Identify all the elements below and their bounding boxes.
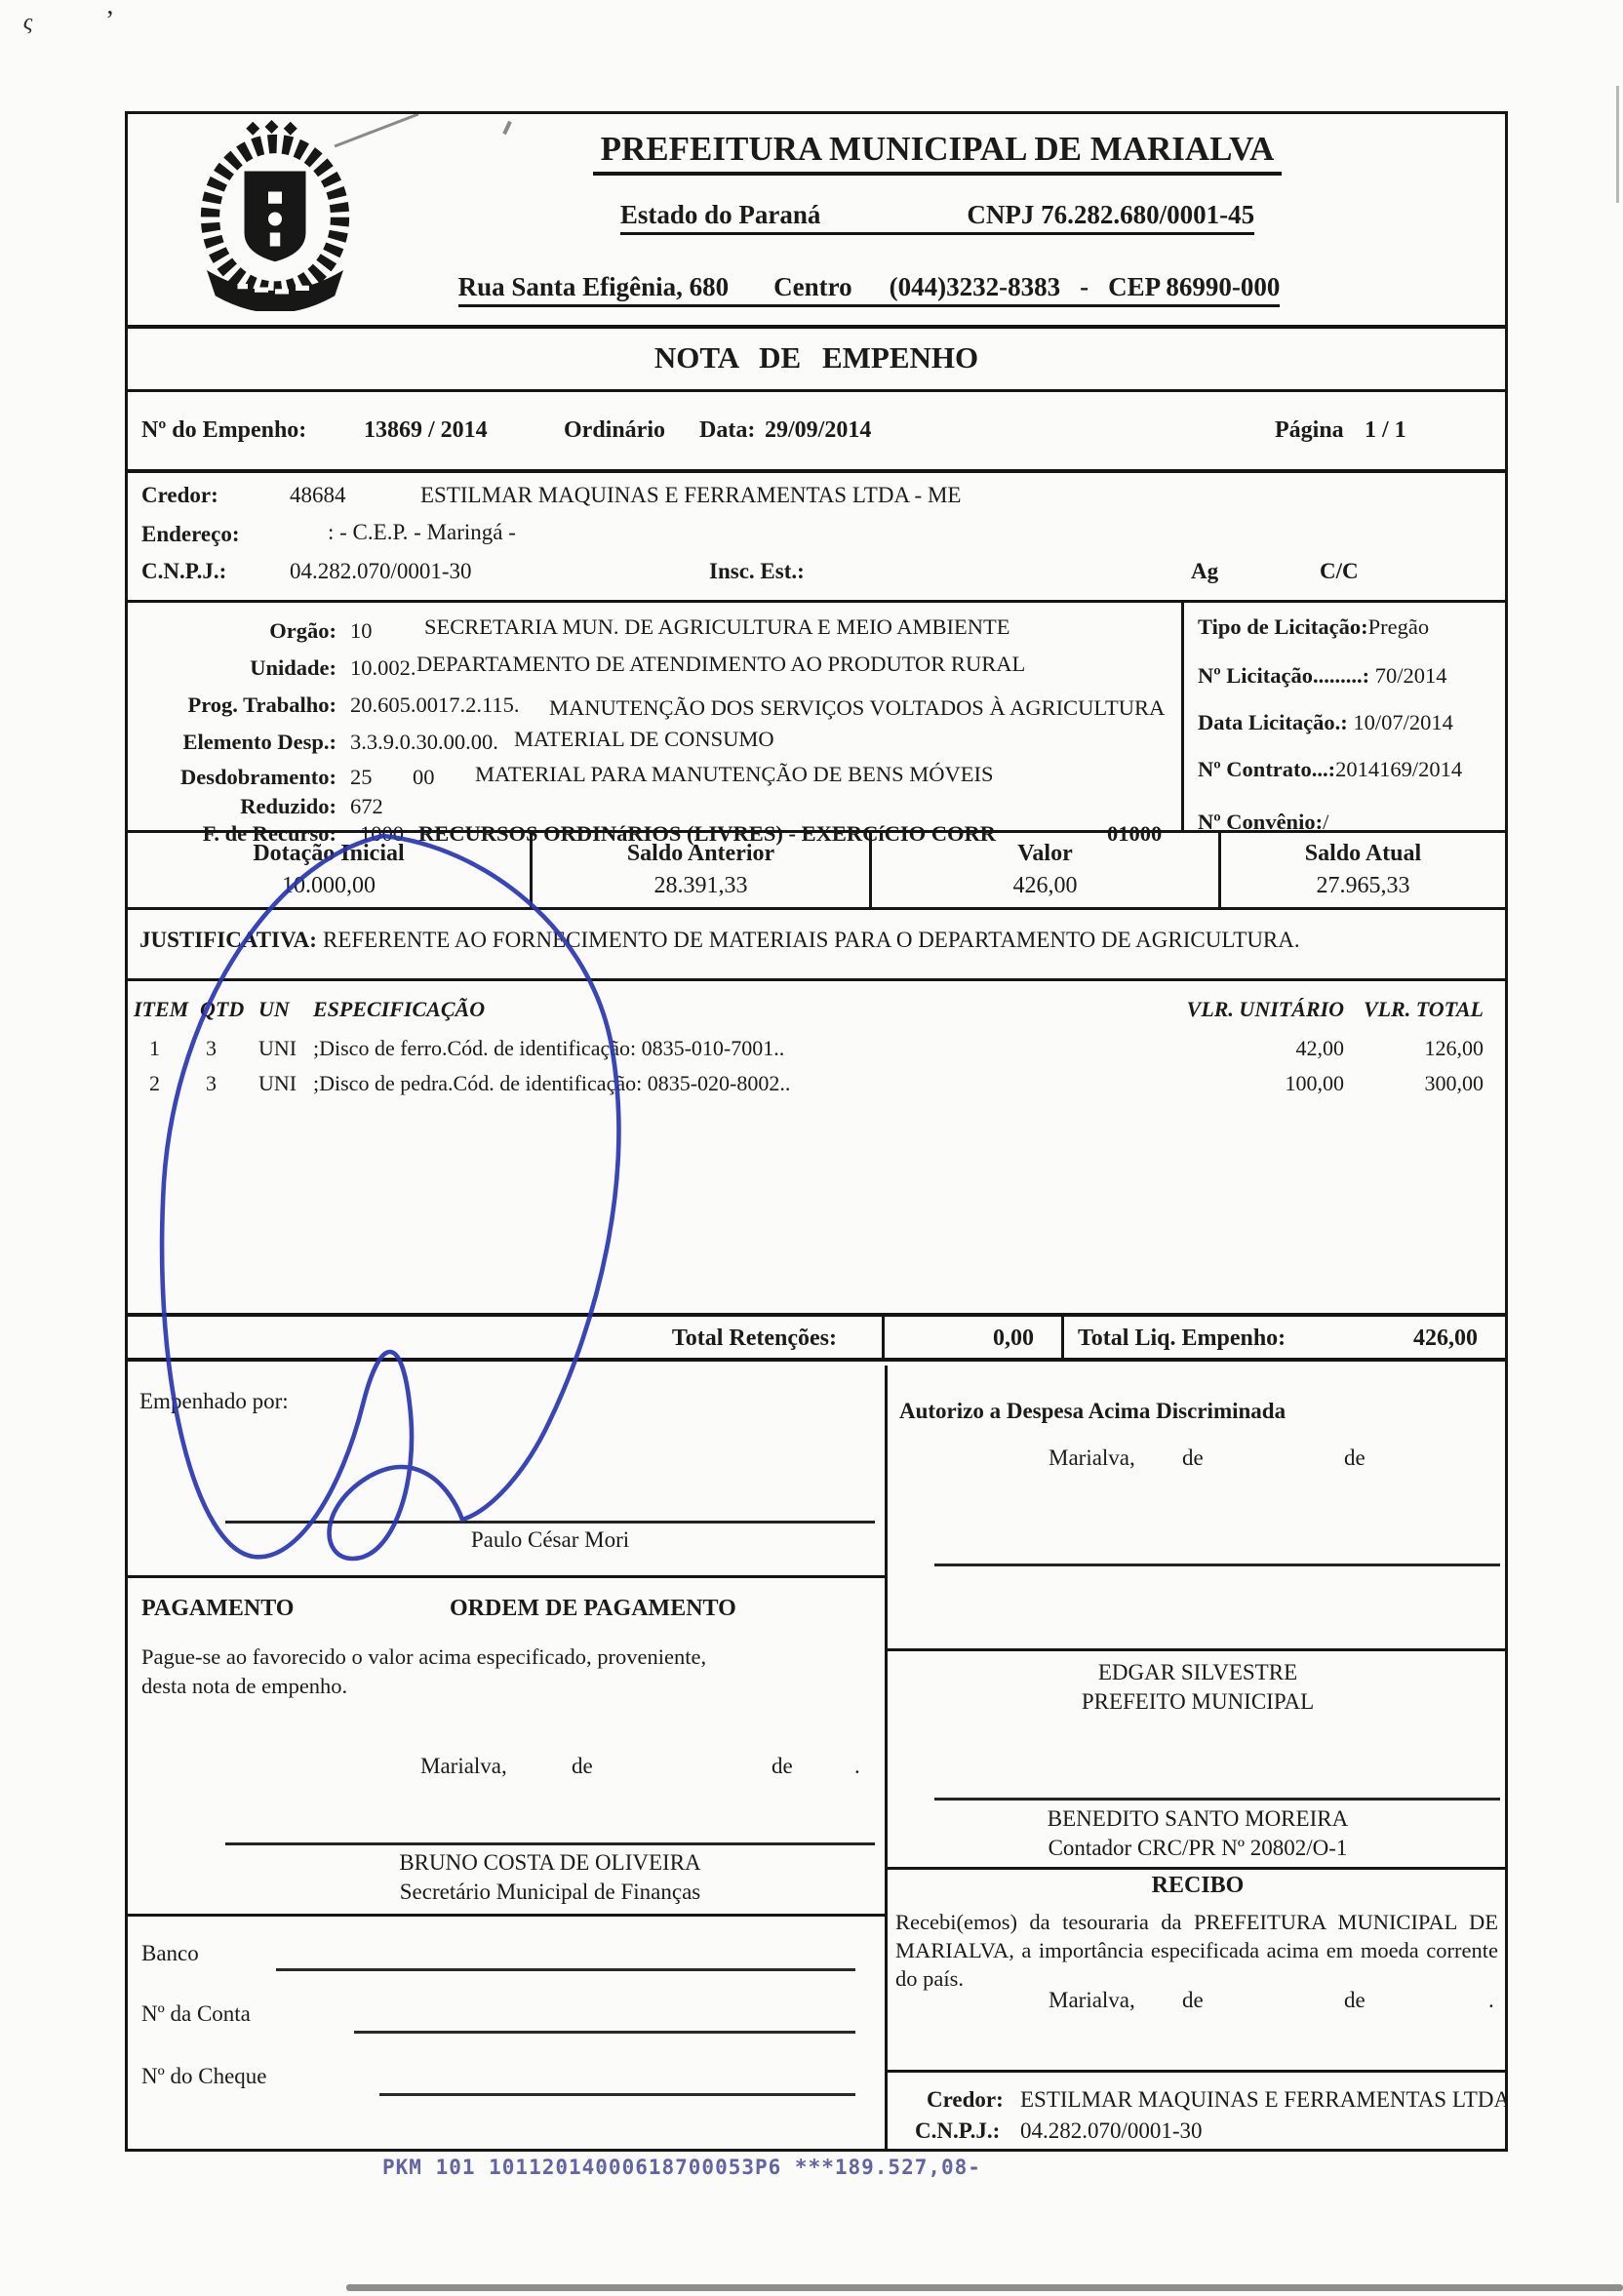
recibo-title: RECIBO [888,1873,1505,1899]
divider [888,1867,1505,1870]
org-title: PREFEITURA MUNICIPAL DE MARIALVA [593,130,1283,176]
num-conta-label: Nº da Conta [141,2001,251,2027]
prefeito-role: PREFEITO MUNICIPAL [888,1689,1505,1715]
pagamento-label: PAGAMENTO [141,1596,294,1622]
retencoes-value: 0,00 [993,1326,1034,1351]
dotacao-cell: Saldo Anterior 28.391,33 [533,833,872,907]
items-header-un: UN [258,997,290,1022]
budget-desc: MANUTENÇÃO DOS SERVIÇOS VOLTADOS À AGRIC… [549,695,1165,721]
city-date-dot: . [854,1754,860,1779]
secretario-role: Secretário Municipal de Finanças [225,1880,875,1905]
scan-artifact: ς [21,9,34,36]
credor-block: Credor: 48684 ESTILMAR MAQUINAS E FERRAM… [128,469,1505,600]
recibo-credor-label: Credor: [927,2087,1004,2113]
city-date-line: Marialva, [1049,1988,1135,2013]
conta-corrente-label: C/C [1320,559,1359,584]
ordem-pagamento-text: Pague-se ao favorecido o valor acima esp… [141,1643,746,1701]
budget-label: Desdobramento: [128,765,336,790]
items-header-total: VLR. TOTAL [1364,997,1484,1022]
items-header-item: ITEM [134,997,188,1022]
nota-de-empenho-form: PREFEITURA MUNICIPAL DE MARIALVA Estado … [125,111,1508,2152]
totals-row: Total Retenções: 0,00 Total Liq. Empenho… [128,1313,1505,1362]
divider [888,2070,1505,2073]
liq-empenho-cell: Total Liq. Empenho: 426,00 [1064,1317,1505,1358]
empenho-row: Nº do Empenho: 13869 / 2014 Ordinário Da… [128,389,1505,469]
org-state: Estado do Paraná [620,200,821,229]
num-licitacao-label: Nº Licitação.........: [1198,663,1369,688]
items-header-espec: ESPECIFICAÇÃO [313,997,485,1022]
pagamento-column: Empenhado por: Paulo César Mori PAGAMENT… [128,1366,888,2149]
item-un: UNI [258,1071,297,1096]
org-street: Rua Santa Efigênia, 680 [458,272,730,301]
budget-label: Orgão: [128,618,336,644]
tipo-licitacao-label: Tipo de Licitação: [1198,614,1368,639]
budget-code: 3.3.9.0.30.00.00. [350,730,498,755]
dotacao-table: Dotação Inicial 10.000,00 Saldo Anterior… [128,830,1505,910]
conta-field-line [354,2031,855,2034]
scan-edge-shadow [346,2284,1623,2291]
city-date-de: de [1344,1988,1366,2013]
insc-est-label: Insc. Est.: [709,559,805,584]
signature-line [225,1842,875,1845]
org-cnpj: CNPJ 76.282.680/0001-45 [967,200,1254,229]
org-phone: (044)3232-8383 [890,272,1060,301]
empenho-type: Ordinário [564,417,665,444]
city-date-dot: . [1488,1988,1494,2013]
contador-name: BENEDITO SANTO MOREIRA [888,1806,1505,1832]
city-date-line: Marialva, [420,1754,507,1779]
item-total-value: 126,00 [1425,1036,1484,1061]
endereco-value: : - C.E.P. - Maringá - [328,520,516,545]
item-number: 1 [149,1036,160,1061]
divider [128,1575,885,1578]
budget-code: 10 [350,618,373,644]
signer-name: Paulo César Mori [225,1527,875,1553]
budget-desc: MATERIAL DE CONSUMO [514,727,774,752]
recibo-cnpj-value: 04.282.070/0001-30 [1020,2118,1203,2144]
num-licitacao-value: 70/2014 [1375,663,1447,688]
budget-code2: 00 [413,765,435,790]
budget-label: Reduzido: [128,794,336,819]
budget-label: Unidade: [128,655,336,681]
num-contrato-value: 2014169/2014 [1335,757,1462,781]
machine-stamp-text: PKM 101 10112014000618700053P6 ***189.52… [382,2156,981,2179]
org-cep: CEP 86990-000 [1108,272,1280,301]
data-licitacao-value: 10/07/2014 [1353,710,1453,734]
city-date-line: Marialva, [1049,1445,1135,1471]
recibo-cnpj-label: C.N.P.J.: [915,2118,1000,2144]
page-indicator-label: Página [1275,417,1344,444]
dotacao-cell: Saldo Atual 27.965,33 [1221,833,1505,907]
dotacao-col-label: Valor [872,833,1218,867]
dotacao-col-value: 28.391,33 [533,867,869,899]
doc-title-bar: NOTA DE EMPENHO [128,325,1505,389]
cheque-field-line [379,2093,855,2096]
retencoes-label-cell: Total Retenções: [128,1317,885,1358]
item-un: UNI [258,1036,297,1061]
agencia-label: Ag [1191,559,1218,584]
empenho-date: 29/09/2014 [765,417,871,444]
budget-desc: MATERIAL PARA MANUTENÇÃO DE BENS MÓVEIS [475,762,994,787]
form-header: PREFEITURA MUNICIPAL DE MARIALVA Estado … [128,114,1505,325]
cnpj-value: 04.282.070/0001-30 [290,559,472,584]
secretario-name: BRUNO COSTA DE OLIVEIRA [225,1850,875,1876]
org-district: Centro [773,272,852,301]
banco-label: Banco [141,1941,199,1966]
signature-line [934,1564,1500,1566]
empenho-number-label: Nº do Empenho: [141,417,306,444]
item-total-value: 300,00 [1425,1071,1484,1096]
banco-field-line [276,1968,855,1971]
item-unit-value: 42,00 [1296,1036,1345,1061]
signatures-section: Empenhado por: Paulo César Mori PAGAMENT… [128,1366,1505,2149]
city-date-de: de [572,1754,593,1779]
prefeito-name: EDGAR SILVESTRE [888,1660,1505,1685]
ordem-pagamento-label: ORDEM DE PAGAMENTO [450,1596,736,1622]
budget-label: Elemento Desp.: [128,730,336,755]
budget-block: Orgão: 10 SECRETARIA MUN. DE AGRICULTURA… [128,600,1505,830]
num-contrato-label: Nº Contrato...: [1198,757,1335,781]
data-licitacao-label: Data Licitação.: [1198,710,1348,734]
dotacao-col-label: Dotação Inicial [128,833,530,867]
dash: - [1080,272,1089,301]
item-qtd: 3 [206,1036,217,1061]
budget-desc: SECRETARIA MUN. DE AGRICULTURA E MEIO AM… [424,614,1010,640]
credor-name: ESTILMAR MAQUINAS E FERRAMENTAS LTDA - M… [420,483,961,508]
items-header-qtd: QTD [200,997,244,1022]
justificativa-row: JUSTIFICATIVA: REFERENTE AO FORNECIMENTO… [128,910,1505,978]
credor-code: 48684 [290,483,346,508]
endereco-label: Endereço: [141,522,240,547]
retencoes-label: Total Retenções: [672,1326,837,1351]
divider [888,1648,1505,1651]
item-unit-value: 100,00 [1286,1071,1345,1096]
num-cheque-label: Nº do Cheque [141,2064,267,2089]
item-number: 2 [149,1071,160,1096]
doc-title: NOTA DE EMPENHO [128,329,1505,376]
divider [128,1914,885,1917]
dotacao-cell: Valor 426,00 [872,833,1221,907]
dotacao-col-label: Saldo Anterior [533,833,869,867]
scan-artifact: ’ [105,6,114,37]
tipo-licitacao-value: Pregão [1368,614,1429,639]
item-espec: ;Disco de pedra.Cód. de identificação: 0… [313,1071,790,1096]
autorizo-title: Autorizo a Despesa Acima Discriminada [899,1399,1286,1424]
budget-code: 10.002. [350,655,416,681]
items-table: ITEM QTD UN ESPECIFICAÇÃO VLR. UNITÁRIO … [128,978,1505,1313]
justificativa-text: REFERENTE AO FORNECIMENTO DE MATERIAIS P… [323,928,1300,953]
city-date-de: de [1182,1988,1204,2013]
licitacao-panel: Tipo de Licitação:Pregão Nº Licitação...… [1181,603,1505,833]
signature-line [225,1521,875,1524]
empenho-date-label: Data: [699,417,755,444]
contador-role: Contador CRC/PR Nº 20802/O-1 [888,1836,1505,1861]
dotacao-col-value: 426,00 [872,867,1218,899]
liq-empenho-value: 426,00 [1413,1326,1478,1352]
page-indicator: 1 / 1 [1365,417,1406,444]
recibo-credor-value: ESTILMAR MAQUINAS E FERRAMENTAS LTDA - M… [1020,2087,1505,2113]
item-qtd: 3 [206,1071,217,1096]
budget-label: Prog. Trabalho: [128,693,336,718]
autorizo-column: Autorizo a Despesa Acima Discriminada Ma… [888,1366,1505,2149]
empenho-number: 13869 / 2014 [364,417,488,444]
justificativa-label: JUSTIFICATIVA: [139,928,317,953]
dotacao-cell: Dotação Inicial 10.000,00 [128,833,533,907]
recibo-text: Recebi(emos) da tesouraria da PREFEITURA… [895,1908,1498,1993]
city-date-de: de [1344,1445,1366,1471]
crown-detail [246,120,297,136]
item-espec: ;Disco de ferro.Cód. de identificação: 0… [313,1036,784,1061]
budget-code: 25 [350,765,373,790]
scanned-document-page: ς ’ PREFEITURA MUNICIPAL [0,0,1623,2296]
city-date-de: de [772,1754,793,1779]
liq-empenho-label: Total Liq. Empenho: [1078,1326,1286,1352]
dotacao-col-label: Saldo Atual [1221,833,1505,867]
cnpj-label: C.N.P.J.: [141,559,226,584]
items-header-unit: VLR. UNITÁRIO [1187,997,1344,1022]
dotacao-col-value: 27.965,33 [1221,867,1505,899]
budget-code: 672 [350,794,383,819]
budget-code: 20.605.0017.2.115. [350,693,520,718]
credor-label: Credor: [141,483,218,508]
dotacao-col-value: 10.000,00 [128,867,530,899]
city-date-de: de [1182,1445,1204,1471]
retencoes-value-cell: 0,00 [885,1317,1064,1358]
empenhado-por-label: Empenhado por: [139,1389,289,1414]
scan-edge-shadow [1616,86,1619,203]
signature-line [934,1798,1500,1801]
budget-desc: DEPARTAMENTO DE ATENDIMENTO AO PRODUTOR … [416,652,1025,677]
